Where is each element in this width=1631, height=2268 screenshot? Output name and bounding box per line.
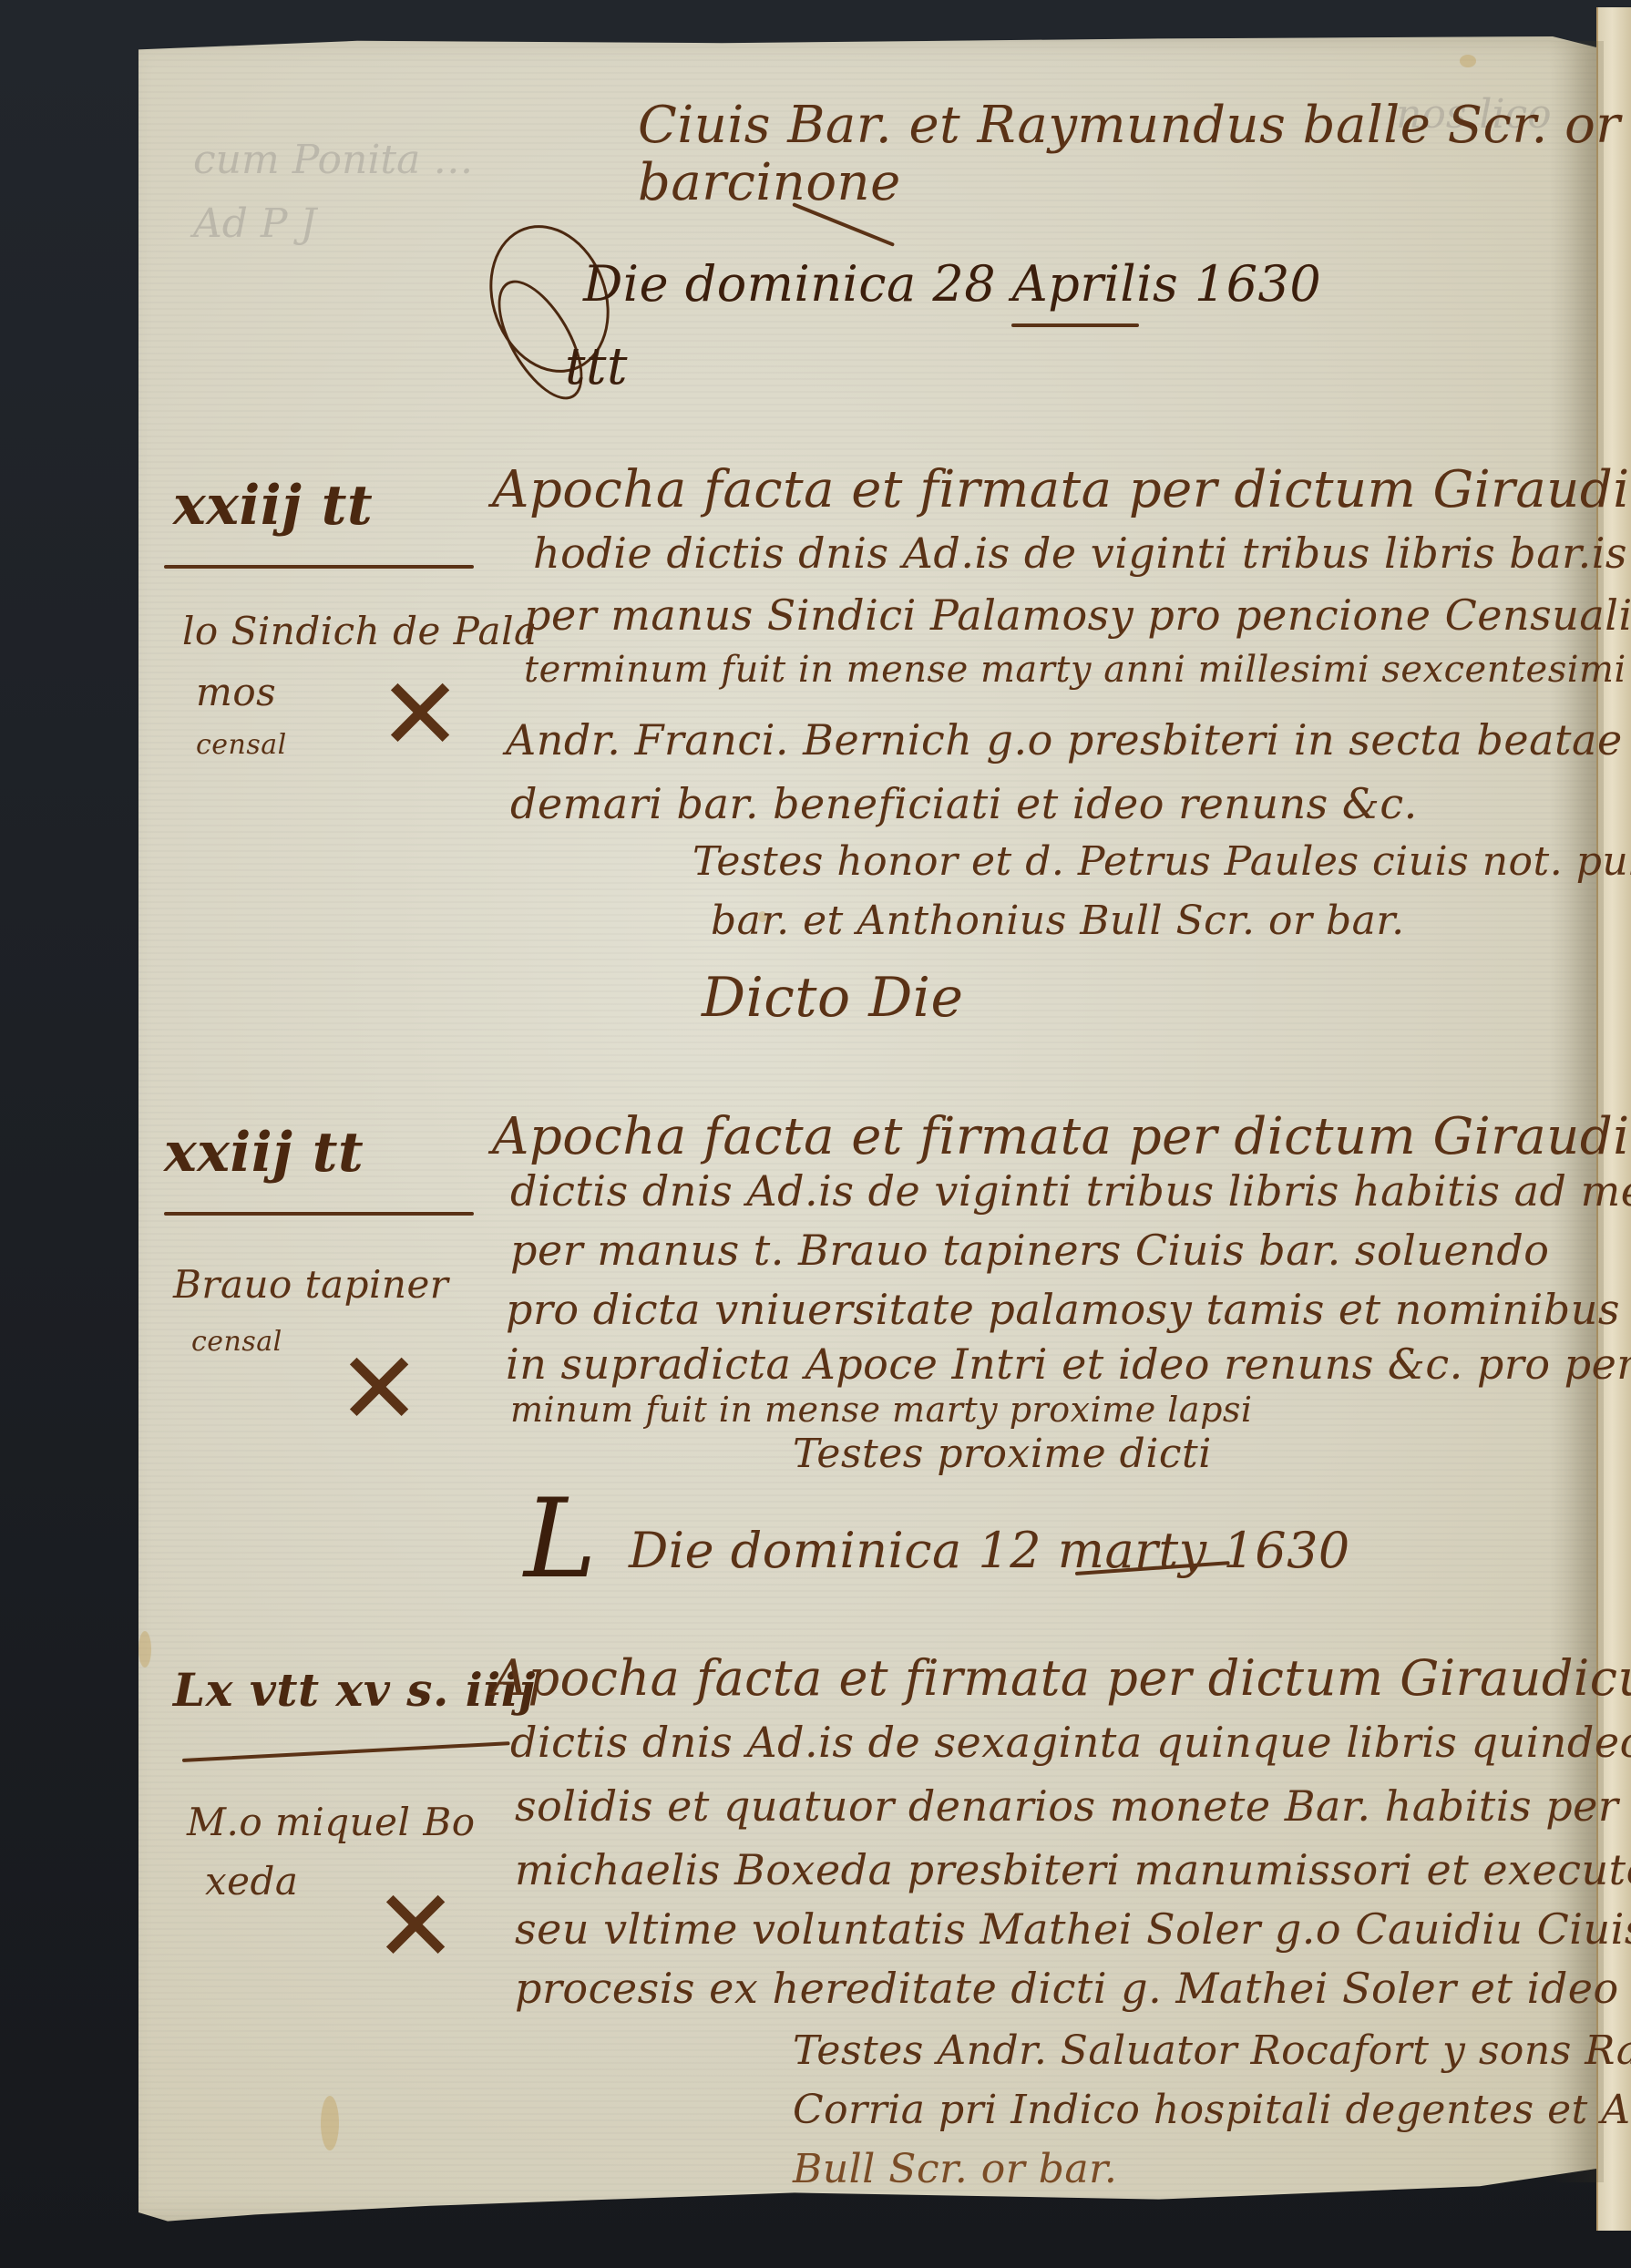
entry-3-date: Die dominica 12 marty 1630 [629,1522,1350,1579]
margin-rule [164,1212,474,1216]
entry-3-body-line-2: dictis dnis Ad.is de sexaginta quinque l… [510,1718,1631,1767]
entry-3-margin-note-2: xeda [205,1859,298,1904]
entry-2-witness-line-1: Testes proxime dicti [793,1431,1212,1477]
entry-2-margin-note-2: censal [191,1326,282,1358]
bleed-through-text: Ad P J [193,200,316,247]
entry-1-margin-note-1: lo Sindich de Pala [182,609,538,653]
entry-1-margin-amount: xxiij tt [173,474,373,538]
entry-3-body-line-4: michaelis Boxeda presbiteri manumissori … [515,1845,1631,1894]
entry-2-body-line-3: per manus t. Brauo tapiners Ciuis bar. s… [510,1226,1549,1275]
entry-3-big-initial: L [524,1476,597,1603]
entry-3-body-line-1: Apocha facta et firmata per dictum Girau… [492,1649,1631,1707]
entry-2-body-line-4: pro dicta vniuersitate palamosy tamis et… [506,1285,1631,1334]
ornament-ttt: ttt [565,337,628,396]
entry-1-body-line-1: Apocha facta et firmata per dictum Girau… [492,460,1631,519]
entry-3-body-line-6: procesis ex hereditate dicti g. Mathei S… [515,1964,1631,2013]
entry-1-body-line-3: per manus Sindici Palamosy pro pencione … [524,590,1631,640]
entry-2-margin-note-1: Brauo tapiner [173,1262,448,1307]
cancellation-cross: ✕ [378,656,463,773]
bleed-through-text: cum Ponita … [193,137,473,183]
foxing-stain [1460,55,1476,67]
cancellation-cross: ✕ [374,1868,458,1985]
entry-1-witness-line-1: Testes honor et d. Petrus Paules ciuis n… [692,838,1631,885]
entry-3-margin-note-1: M.o miquel Bo [187,1800,475,1844]
entry-1-body-line-2: hodie dictis dnis Ad.is de viginti tribu… [533,529,1631,578]
margin-rule [164,565,474,569]
header-line-2: barcinone [638,153,901,212]
entry-2-body-line-5: in supradicta Apoce Intri et ideo renuns… [506,1339,1631,1389]
entry-3-margin-amount: Lx vtt xv s. iiij [173,1663,536,1717]
cancellation-cross: ✕ [337,1330,422,1447]
foxing-stain [321,2096,339,2150]
entry-3-witness-line-1: Testes Andr. Saluator Rocafort y sons Ra… [793,2027,1631,2074]
entry-3-witness-line-3: Bull Scr. or bar. [793,2146,1117,2192]
entry-1-margin-note-3: censal [196,729,287,761]
entry-1-date: Die dominica 28 Aprilis 1630 [583,255,1321,313]
date-underline [1011,323,1139,327]
foxing-stain [138,1631,151,1668]
entry-1-witness-line-2: bar. et Anthonius Bull Scr. or bar. [711,898,1405,944]
entry-1-margin-note-2: mos [196,670,276,714]
entry-3-witness-line-2: Corria pri Indico hospitali degentes et … [793,2087,1631,2133]
entry-2-body-line-2: dictis dnis Ad.is de viginti tribus libr… [510,1166,1631,1216]
entry-3-body-line-5: seu vltime voluntatis Mathei Soler g.o C… [515,1904,1631,1954]
entry-3-body-line-3: solidis et quatuor denarios monete Bar. … [515,1781,1631,1831]
entry-1-body-line-6: demari bar. beneficiati et ideo renuns &… [510,779,1418,828]
entry-2-margin-amount: xxiij tt [164,1121,364,1185]
entry-2-body-line-6: minum fuit in mense marty proxime lapsi [510,1390,1253,1430]
entry-1-body-line-5: Andr. Franci. Bernich g.o presbiteri in … [506,715,1631,765]
header-line-1: Ciuis Bar. et Raymundus balle Scr. or [638,96,1621,155]
entry-1-body-line-4: terminum fuit in mense marty anni milles… [524,649,1631,691]
entry-2-body-line-1: Apocha facta et firmata per dictum Girau… [492,1107,1631,1166]
entry-2-date: Dicto Die [702,966,964,1030]
